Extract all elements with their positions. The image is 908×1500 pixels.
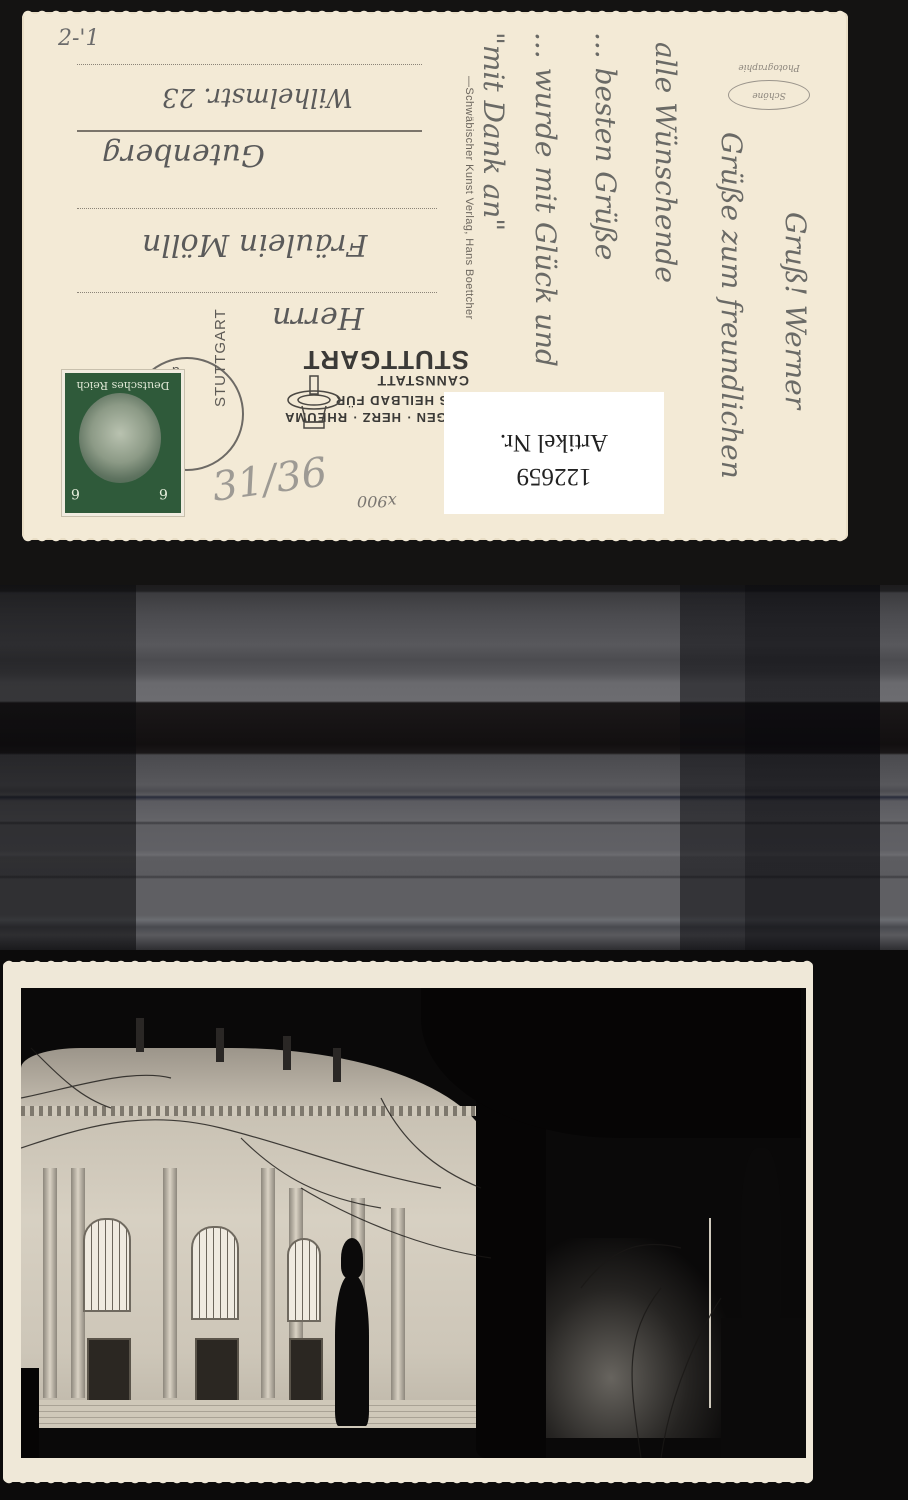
message-line: Grüße zum freundlichen [715, 132, 748, 479]
pencil-note: 31/36 [209, 449, 330, 511]
pencil-note: x900 [357, 492, 397, 511]
message-line: alle Wünschende [649, 42, 682, 283]
portrait-medallion-icon [79, 393, 161, 483]
address-rule [77, 64, 422, 65]
tree-branches [21, 988, 806, 1458]
message-line: "mit Dank an" [477, 32, 510, 231]
postcard-front: Stuttgart, Staatstheater 2832 [3, 962, 813, 1482]
stamp-value: 6 [71, 485, 80, 501]
address-rule [77, 208, 437, 209]
fountain-icon [284, 374, 344, 438]
brand-stamp: Schöne Photographie [728, 80, 810, 110]
address-city: Gutenberg [102, 137, 265, 172]
scanner-streak-artifact [0, 585, 908, 950]
postmark-city: STUTTGART [212, 308, 229, 407]
slogan-line: STUTTGART [284, 344, 469, 375]
article-number: 122659 [444, 462, 664, 490]
message-line: ... besten Grüße [589, 32, 622, 260]
address-street: Wilhelmstr. 23 [162, 82, 353, 112]
address-rule [77, 292, 437, 293]
publisher-imprint: —Schwäbischer Kunst Verlag, Hans Boettch… [463, 76, 475, 320]
postcard-back-scan: 2-'1 Wilhelmstr. 23 Gutenberg Fräulein M… [0, 0, 908, 590]
corner-note: 2-'1 [58, 26, 99, 51]
theater-photo: Stuttgart, Staatstheater 2832 [21, 988, 806, 1458]
postage-stamp: Deutsches Reich 6 6 [62, 370, 184, 516]
article-number-label: Artikel Nr. 122659 [444, 392, 664, 514]
article-label-title: Artikel Nr. [444, 428, 664, 456]
address-rule [77, 130, 422, 132]
message-line: Gruß! Werner [779, 212, 812, 409]
message-line: ... wurde mit Glück und [529, 32, 562, 367]
stamp-value: 6 [159, 485, 168, 501]
postcard-back: 2-'1 Wilhelmstr. 23 Gutenberg Fräulein M… [22, 12, 848, 540]
address-recipient: Fräulein Mölln [142, 227, 367, 262]
address-salutation: Herrn [272, 300, 364, 335]
stamp-country: Deutsches Reich [65, 379, 181, 392]
postcard-front-scan: Stuttgart, Staatstheater 2832 [0, 950, 908, 1500]
